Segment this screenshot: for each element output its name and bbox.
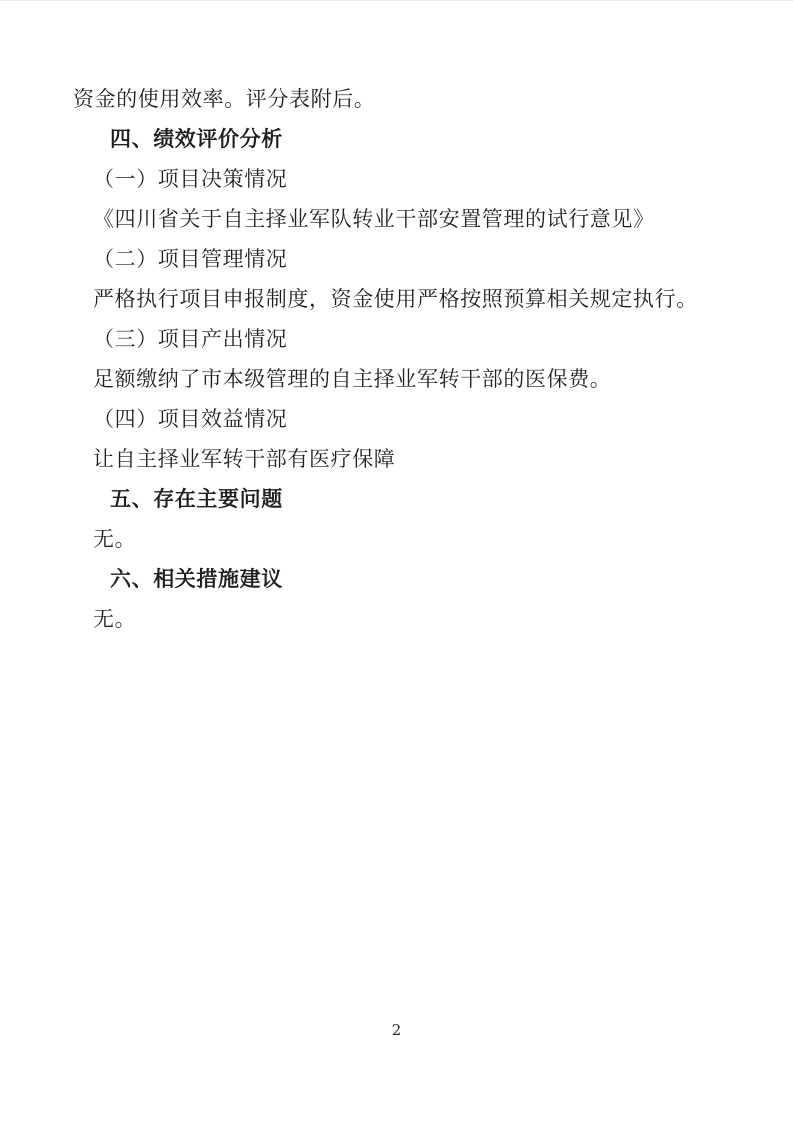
document-content: 资金的使用效率。评分表附后。四、绩效评价分析（一）项目决策情况《四川省关于自主择…: [73, 79, 720, 639]
subsection-heading: （三）项目产出情况: [73, 319, 720, 359]
document-page: 资金的使用效率。评分表附后。四、绩效评价分析（一）项目决策情况《四川省关于自主择…: [0, 0, 793, 1122]
body-paragraph: 无。: [73, 519, 720, 559]
body-paragraph: 严格执行项目申报制度，资金使用严格按照预算相关规定执行。: [73, 279, 720, 319]
subsection-heading: （一）项目决策情况: [73, 159, 720, 199]
body-paragraph: 资金的使用效率。评分表附后。: [73, 79, 720, 119]
section-heading: 四、绩效评价分析: [73, 119, 720, 159]
body-paragraph: 《四川省关于自主择业军队转业干部安置管理的试行意见》: [73, 199, 720, 239]
section-heading: 五、存在主要问题: [73, 479, 720, 519]
page-footer: 2: [0, 1020, 793, 1040]
body-paragraph: 无。: [73, 599, 720, 639]
subsection-heading: （二）项目管理情况: [73, 239, 720, 279]
page-number: 2: [392, 1021, 402, 1039]
body-paragraph: 足额缴纳了市本级管理的自主择业军转干部的医保费。: [73, 359, 720, 399]
subsection-heading: （四）项目效益情况: [73, 399, 720, 439]
body-paragraph: 让自主择业军转干部有医疗保障: [73, 439, 720, 479]
section-heading: 六、相关措施建议: [73, 559, 720, 599]
